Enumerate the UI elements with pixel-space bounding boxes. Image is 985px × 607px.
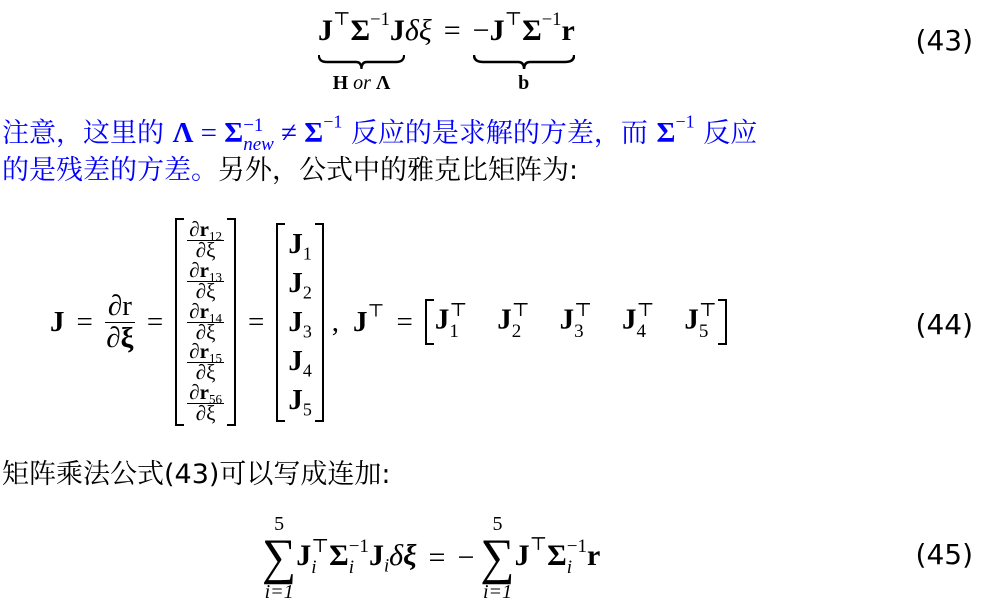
equation-number-43: (43) — [916, 24, 973, 57]
row-entry: J⊤5 — [684, 301, 716, 343]
row-entry: J⊤2 — [497, 301, 529, 343]
block-entry: J3 — [288, 303, 311, 342]
paragraph-sum-intro: 矩阵乘法公式(43)可以写成连加: — [2, 452, 391, 491]
math-sigma-inv: Σ−1 — [657, 117, 695, 149]
note-text-3: 反应 — [703, 118, 757, 149]
partial-derivative-column: ∂r12∂ξ ∂r13∂ξ ∂r14∂ξ ∂r15∂ξ ∂r56∂ξ — [175, 218, 236, 426]
jacobian-symbol: J — [50, 306, 65, 339]
partial-entry: ∂r14∂ξ — [187, 302, 224, 343]
jacobian-transpose: J⊤ — [353, 306, 384, 339]
note-text-1: 注意，这里的 — [2, 118, 164, 149]
block-entry: J4 — [288, 342, 311, 381]
jacobian-fraction: ∂r ∂ξ — [105, 291, 135, 353]
block-entry: J5 — [288, 381, 311, 420]
rhs-terms: J⊤Σ−1ir — [515, 537, 601, 579]
row-entry: J⊤1 — [435, 301, 467, 343]
note-text-2: 反应的是求解的方差，而 — [351, 118, 648, 149]
hessian-label: H or Λ — [318, 72, 405, 95]
row-entry: J⊤4 — [622, 301, 654, 343]
partial-entry: ∂r56∂ξ — [187, 383, 224, 424]
jacobian-intro-text: 另外，公式中的雅克比矩阵为: — [218, 155, 578, 186]
b-group: −J⊤Σ−1r b — [473, 14, 575, 48]
row-entry: J⊤3 — [560, 301, 592, 343]
paragraph-note: 注意，这里的 Λ = Σ−1new ≠ Σ−1 反应的是求解的方差，而 Σ−1 … — [2, 116, 982, 188]
partial-entry: ∂r13∂ξ — [187, 261, 224, 302]
jacobian-block-column: J1 J2 J3 J4 J5 — [276, 223, 323, 422]
equation-number-45: (45) — [916, 538, 973, 571]
equation-45: 5 ∑ i=1 J⊤iΣ−1iJiδξ = − 5 ∑ i=1 J⊤Σ−1ir — [262, 510, 942, 605]
lhs-terms: J⊤iΣ−1iJiδξ — [296, 537, 416, 579]
block-entry: J1 — [288, 225, 311, 264]
b-label: b — [473, 72, 575, 95]
underbrace-icon — [318, 54, 405, 70]
math-lambda-inequality: Λ = Σ−1new ≠ Σ−1 — [173, 117, 343, 149]
equation-44: J = ∂r ∂ξ = ∂r12∂ξ ∂r13∂ξ ∂r14∂ξ ∂r15∂ξ … — [50, 212, 950, 432]
hessian-group: J⊤Σ−1J H or Λ — [318, 14, 405, 48]
underbrace-icon — [473, 54, 575, 70]
equation-43: J⊤Σ−1J H or Λ δξ= −J⊤Σ−1r b — [318, 14, 678, 104]
summation-icon: 5 ∑ i=1 — [262, 514, 296, 602]
block-entry: J2 — [288, 264, 311, 303]
partial-entry: ∂r15∂ξ — [187, 342, 224, 383]
summation-icon: 5 ∑ i=1 — [480, 514, 514, 602]
paragraph-line-1: 注意，这里的 Λ = Σ−1new ≠ Σ−1 反应的是求解的方差，而 Σ−1 … — [2, 116, 982, 154]
note-text-4: 的是残差的方差。 — [2, 155, 218, 186]
paragraph-line-2: 的是残差的方差。另外，公式中的雅克比矩阵为: — [2, 154, 982, 188]
equation-number-44: (44) — [916, 308, 973, 341]
jacobian-transpose-row: J⊤1 J⊤2 J⊤3 J⊤4 J⊤5 — [425, 299, 727, 345]
partial-entry: ∂r12∂ξ — [187, 220, 224, 261]
delta-xi: δξ — [405, 14, 432, 47]
